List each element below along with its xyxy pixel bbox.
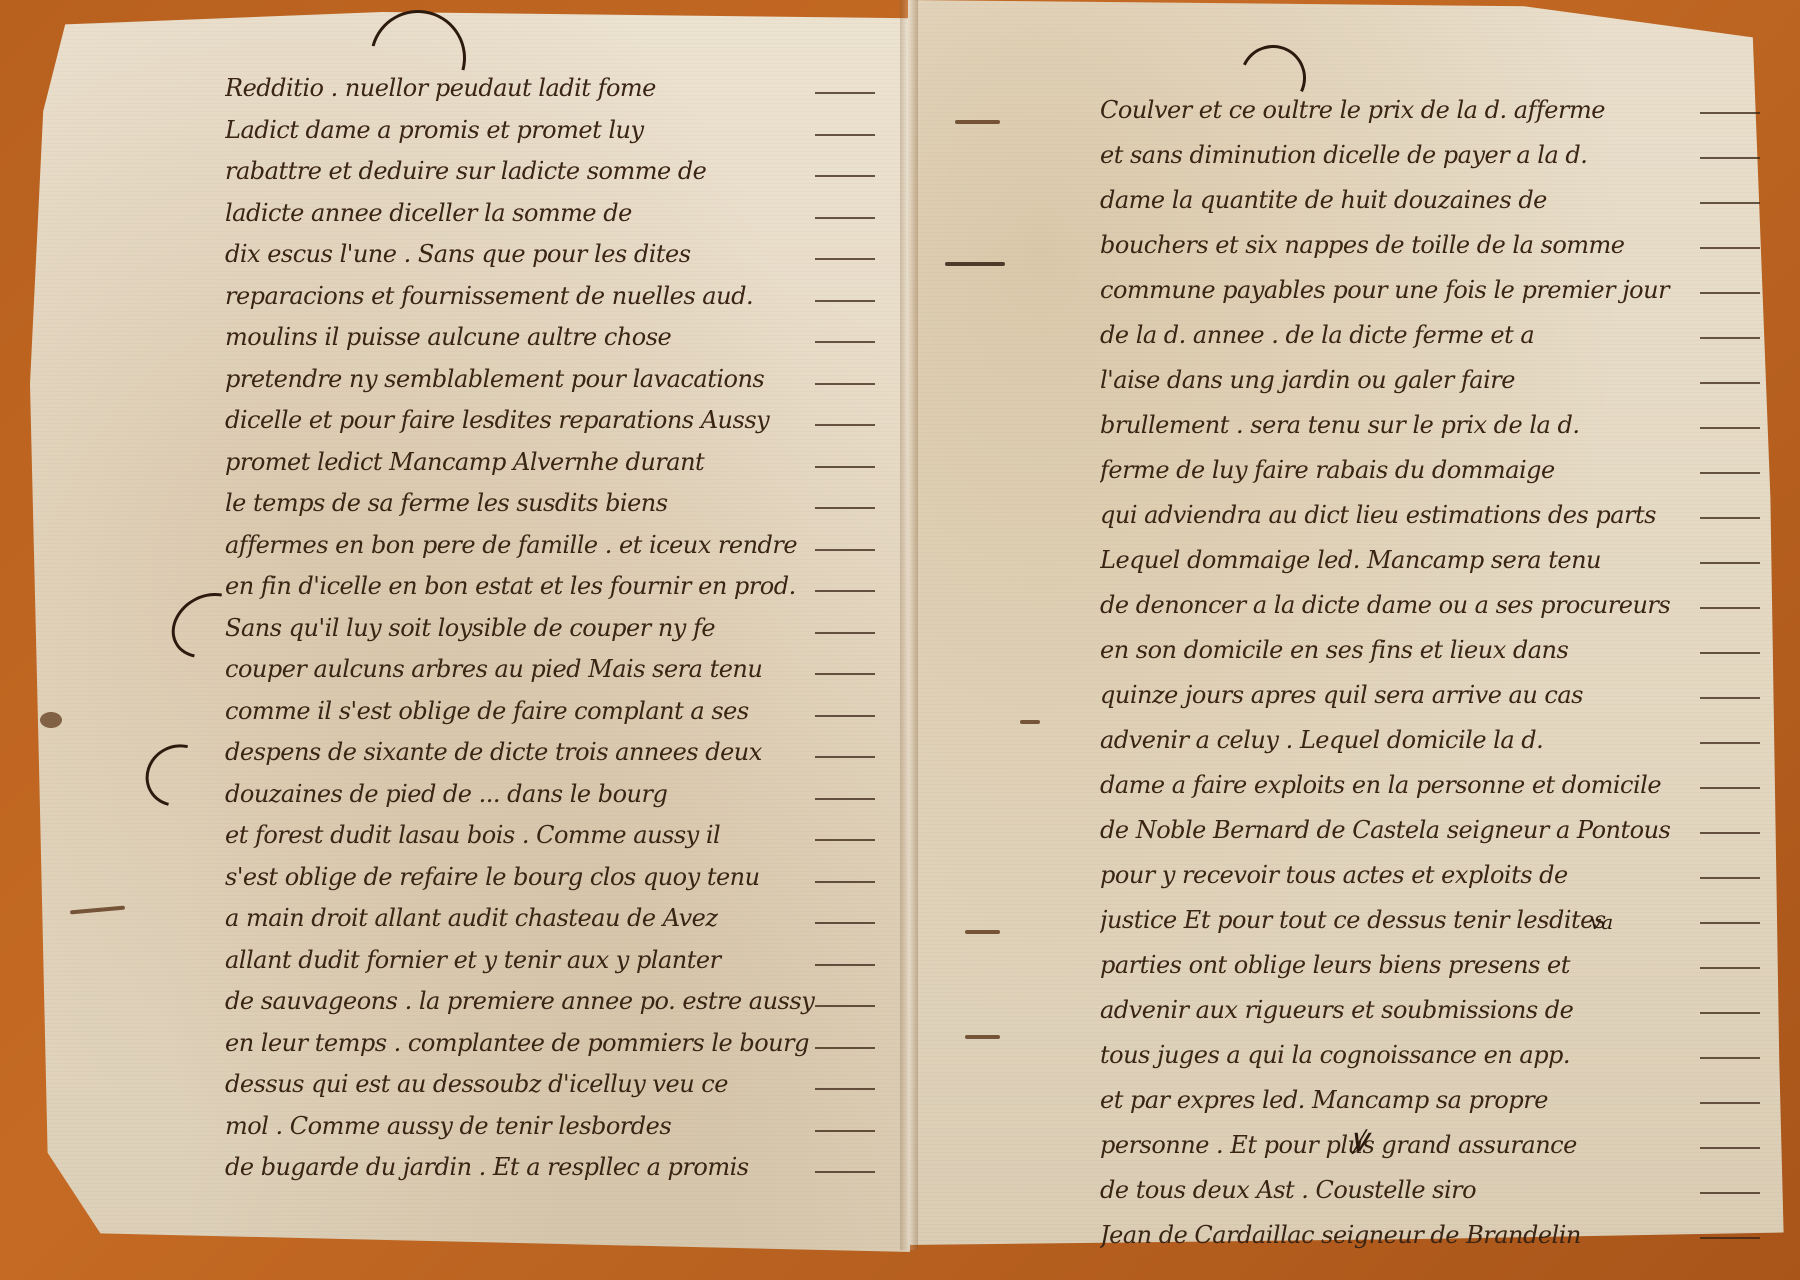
manuscript-line: qui adviendra au dict lieu estimations d… (1100, 493, 1760, 538)
manuscript-line: l'aise dans ung jardin ou galer faire (1100, 358, 1760, 403)
manuscript-line: et par expres led. Mancamp sa propre (1100, 1078, 1760, 1123)
manuscript-line: reparacions et fournissement de nuelles … (225, 276, 875, 318)
manuscript-line: Sans qu'il luy soit loysible de couper n… (225, 608, 875, 650)
manuscript-line: moulins il puisse aulcune aultre chose (225, 317, 875, 359)
manuscript-line: en son domicile en ses fins et lieux dan… (1100, 628, 1760, 673)
manuscript-line: de bugarde du jardin . Et a respllec a p… (225, 1147, 875, 1189)
manuscript-line: justice Et pour tout ce dessus tenir les… (1100, 898, 1760, 943)
manuscript-line: en fin d'icelle en bon estat et les four… (225, 566, 875, 608)
manuscript-line: de Noble Bernard de Castela seigneur a P… (1100, 808, 1760, 853)
manuscript-line: brullement . sera tenu sur le prix de la… (1100, 403, 1760, 448)
manuscript-line: dix escus l'une . Sans que pour les dite… (225, 234, 875, 276)
manuscript-line: a main droit allant audit chasteau de Av… (225, 898, 875, 940)
book-gutter-fold (900, 0, 918, 1250)
manuscript-line: couper aulcuns arbres au pied Mais sera … (225, 649, 875, 691)
manuscript-line: tous juges a qui la cognoissance en app. (1100, 1033, 1760, 1078)
manuscript-line: parties ont oblige leurs biens presens e… (1100, 943, 1760, 988)
manuscript-line: de tous deux Ast . Coustelle siro (1100, 1168, 1760, 1213)
manuscript-line: Redditio . nuellor peudaut ladit fome (225, 68, 875, 110)
manuscript-line: de denoncer a la dicte dame ou a ses pro… (1100, 583, 1760, 628)
manuscript-line: rabattre et deduire sur ladicte somme de (225, 151, 875, 193)
manuscript-line: pretendre ny semblablement pour lavacati… (225, 359, 875, 401)
manuscript-line: le temps de sa ferme les susdits biens (225, 483, 875, 525)
signature-mark: ꝟ (1350, 1115, 1367, 1161)
margin-ink-stroke (955, 120, 1000, 124)
manuscript-line: Lequel dommaige led. Mancamp sera tenu (1100, 538, 1760, 583)
manuscript-line: de sauvageons . la premiere annee po. es… (225, 981, 875, 1023)
manuscript-line: mol . Comme aussy de tenir lesbordes (225, 1106, 875, 1148)
manuscript-line: dessus qui est au dessoubz d'icelluy veu… (225, 1064, 875, 1106)
manuscript-line: personne . Et pour plus grand assurance (1100, 1123, 1760, 1168)
manuscript-line: promet ledict Mancamp Alvernhe durant (225, 442, 875, 484)
manuscript-line: Jean de Cardaillac seigneur de Brandelin (1100, 1213, 1760, 1258)
margin-ink-stroke (1020, 720, 1040, 724)
left-page-text-lines: Redditio . nuellor peudaut ladit fome La… (225, 68, 875, 1189)
manuscript-line: et sans diminution dicelle de payer a la… (1100, 133, 1760, 178)
manuscript-line: Ladict dame a promis et promet luy (225, 110, 875, 152)
manuscript-line: ferme de luy faire rabais du dommaige (1100, 448, 1760, 493)
manuscript-line: bouchers et six nappes de toille de la s… (1100, 223, 1760, 268)
manuscript-line: dicelle et pour faire lesdites reparatio… (225, 400, 875, 442)
ink-stain (40, 712, 62, 728)
manuscript-line: dame a faire exploits en la personne et … (1100, 763, 1760, 808)
manuscript-line: affermes en bon pere de famille . et ice… (225, 525, 875, 567)
manuscript-line: commune payables pour une fois le premie… (1100, 268, 1760, 313)
manuscript-line: pour y recevoir tous actes et exploits d… (1100, 853, 1760, 898)
manuscript-line: douzaines de pied de ... dans le bourg (225, 774, 875, 816)
right-page-text-lines: Coulver et ce oultre le prix de la d. af… (1100, 88, 1760, 1258)
margin-ink-stroke (965, 1035, 1000, 1039)
manuscript-line: Coulver et ce oultre le prix de la d. af… (1100, 88, 1760, 133)
manuscript-line: en leur temps . complantee de pommiers l… (225, 1023, 875, 1065)
manuscript-line: s'est oblige de refaire le bourg clos qu… (225, 857, 875, 899)
manuscript-line: advenir a celuy . Lequel domicile la d. (1100, 718, 1760, 763)
manuscript-line: advenir aux rigueurs et soubmissions de (1100, 988, 1760, 1033)
margin-ink-stroke (965, 930, 1000, 934)
manuscript-line: dame la quantite de huit douzaines de (1100, 178, 1760, 223)
manuscript-line: comme il s'est oblige de faire complant … (225, 691, 875, 733)
margin-ink-stroke (945, 262, 1005, 266)
manuscript-line: ladicte annee diceller la somme de (225, 193, 875, 235)
manuscript-line: et forest dudit lasau bois . Comme aussy… (225, 815, 875, 857)
manuscript-line: allant dudit fornier et y tenir aux y pl… (225, 940, 875, 982)
superscript-note: va (1590, 910, 1613, 934)
manuscript-line: de la d. annee . de la dicte ferme et a (1100, 313, 1760, 358)
manuscript-line: quinze jours apres quil sera arrive au c… (1100, 673, 1760, 718)
manuscript-line: despens de sixante de dicte trois annees… (225, 732, 875, 774)
